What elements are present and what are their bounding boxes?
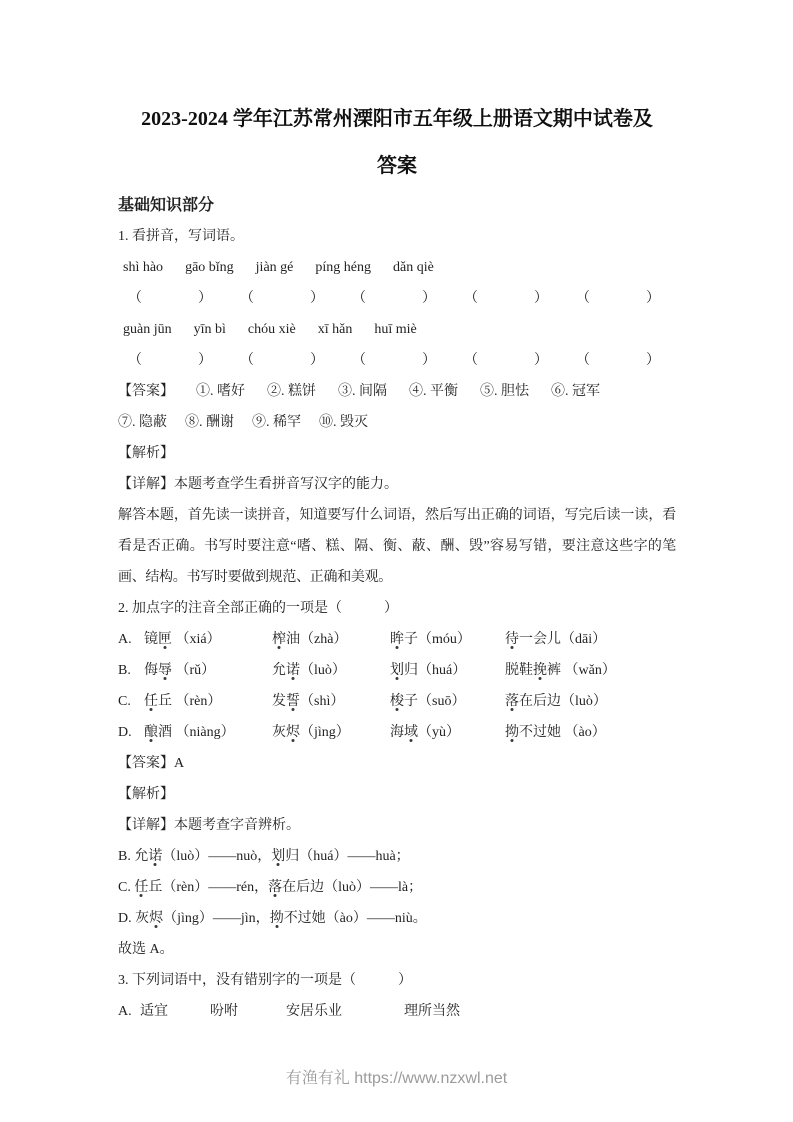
- answer-blank: （）: [576, 283, 660, 314]
- pinyin-word: huī miè: [374, 314, 416, 345]
- q1-stem: 1. 看拼音，写词语。: [118, 221, 676, 252]
- option-label: A.: [118, 624, 144, 655]
- option-word: 梭子（suō）: [390, 686, 505, 717]
- answer-item: ⑨. 稀罕: [252, 407, 301, 438]
- pinyin-word: píng héng: [315, 252, 371, 283]
- document-page: 2023-2024 学年江苏常州溧阳市五年级上册语文期中试卷及 答案 基础知识部…: [0, 0, 793, 1027]
- option-word: 侮辱 （rǔ）: [144, 655, 272, 686]
- option-label: D.: [118, 717, 144, 748]
- q2-option-b: B. 侮辱 （rǔ） 允诺（luò） 划归（huá） 脱鞋挽裤 （wǎn）: [118, 655, 676, 686]
- q2-answer-line: 【答案】A: [118, 748, 676, 779]
- answer-blank: （）: [128, 283, 212, 314]
- page-title-line1: 2023-2024 学年江苏常州溧阳市五年级上册语文期中试卷及: [118, 96, 676, 143]
- q2-option-d: D. 酿酒 （niàng） 灰烬（jìng） 海域（yù） 拗不过她 （ào）: [118, 717, 676, 748]
- q1-answer-line2: ⑦. 隐蔽 ⑧. 酬谢 ⑨. 稀罕 ⑩. 毁灭: [118, 407, 676, 438]
- q2-option-c: C. 任丘 （rèn） 发誓（shì） 梭子（suō） 落在后边（luò）: [118, 686, 676, 717]
- option-word: 任丘 （rèn）: [144, 686, 272, 717]
- pinyin-word: xī hǎn: [318, 314, 353, 345]
- q2-detail-line: 【详解】本题考查字音辨析。: [118, 810, 676, 841]
- answer-item: ③. 间隔: [338, 376, 387, 407]
- answer-blank: （）: [576, 345, 660, 376]
- q2-conclusion: 故选 A。: [118, 934, 676, 965]
- answer-item: ⑧. 酬谢: [185, 407, 234, 438]
- option-label: B.: [118, 655, 144, 686]
- q3-option-a: A. 适宜 吩咐 安居乐业 理所当然: [118, 996, 676, 1027]
- pinyin-word: gāo bǐng: [185, 252, 234, 283]
- option-word: 待一会儿（dāi）: [505, 624, 676, 655]
- pinyin-word: yīn bì: [194, 314, 226, 345]
- q1-pinyin-row1: shì hào gāo bǐng jiàn gé píng héng dǎn q…: [118, 252, 676, 283]
- answer-blank: （）: [128, 345, 212, 376]
- option-word: 发誓（shì）: [272, 686, 390, 717]
- pinyin-word: guàn jūn: [123, 314, 172, 345]
- option-word: 酿酒 （niàng）: [144, 717, 272, 748]
- answer-item: ②. 糕饼: [267, 376, 316, 407]
- option-word: 落在后边（luò）: [505, 686, 676, 717]
- option-word: 眸子（móu）: [390, 624, 505, 655]
- option-word: 拗不过她 （ào）: [505, 717, 676, 748]
- answer-blank: （）: [464, 345, 548, 376]
- answer-blank: （）: [352, 345, 436, 376]
- answer-label: 【答案】: [118, 376, 174, 407]
- pinyin-word: dǎn qiè: [393, 252, 434, 283]
- option-word: 划归（huá）: [390, 655, 505, 686]
- answer-item: ⑤. 胆怯: [480, 376, 529, 407]
- answer-blank: （）: [240, 283, 324, 314]
- q2-stem: 2. 加点字的注音全部正确的一项是（ ）: [118, 593, 676, 624]
- q1-answer-line1: 【答案】 ①. 嗜好 ②. 糕饼 ③. 间隔 ④. 平衡 ⑤. 胆怯 ⑥. 冠军: [118, 376, 676, 407]
- answer-item: ⑦. 隐蔽: [118, 407, 167, 438]
- q1-analysis-label: 【解析】: [118, 438, 676, 469]
- option-word: 镜匣 （xiá）: [144, 624, 272, 655]
- option-word: 理所当然: [404, 996, 676, 1027]
- option-label: A.: [118, 996, 140, 1027]
- q1-explain-paragraph: 解答本题，首先读一读拼音，知道要写什么词语，然后写出正确的词语，写完后读一读，看…: [118, 500, 676, 593]
- q2-analysis-label: 【解析】: [118, 779, 676, 810]
- answer-item: ⑥. 冠军: [551, 376, 600, 407]
- option-word: 脱鞋挽裤 （wǎn）: [505, 655, 676, 686]
- option-word: 适宜: [140, 996, 210, 1027]
- answer-item: ⑩. 毁灭: [319, 407, 368, 438]
- q3-stem: 3. 下列词语中，没有错别字的一项是（ ）: [118, 965, 676, 996]
- answer-item: ①. 嗜好: [196, 376, 245, 407]
- q2-explain-line-d: D. 灰烬（jìng）——jìn，拗不过她（ào）——niù。: [118, 903, 676, 934]
- option-word: 吩咐: [210, 996, 286, 1027]
- pinyin-word: chóu xiè: [248, 314, 296, 345]
- option-word: 安居乐业: [286, 996, 404, 1027]
- pinyin-word: jiàn gé: [256, 252, 294, 283]
- option-word: 海域（yù）: [390, 717, 505, 748]
- option-word: 允诺（luò）: [272, 655, 390, 686]
- answer-blank: （）: [240, 345, 324, 376]
- section-heading: 基础知识部分: [118, 190, 676, 221]
- option-word: 灰烬（jìng）: [272, 717, 390, 748]
- q2-explain-line-b: B. 允诺（luò）——nuò，划归（huá）——huà；: [118, 841, 676, 872]
- answer-blank: （）: [464, 283, 548, 314]
- q2-explain-line-c: C. 任丘（rèn）——rén，落在后边（luò）——là；: [118, 872, 676, 903]
- q1-pinyin-row2: guàn jūn yīn bì chóu xiè xī hǎn huī miè: [118, 314, 676, 345]
- q1-answer-blanks-row2: （） （） （） （） （）: [118, 345, 676, 376]
- option-word: 榨油（zhà）: [272, 624, 390, 655]
- answer-blank: （）: [352, 283, 436, 314]
- q1-answer-blanks-row1: （） （） （） （） （）: [118, 283, 676, 314]
- q1-detail-line: 【详解】本题考查学生看拼音写汉字的能力。: [118, 469, 676, 500]
- q2-option-a: A. 镜匣 （xiá） 榨油（zhà） 眸子（móu） 待一会儿（dāi）: [118, 624, 676, 655]
- option-label: C.: [118, 686, 144, 717]
- watermark-footer: 有渔有礼 https://www.nzxwl.net: [0, 1065, 793, 1088]
- page-title-line2: 答案: [118, 143, 676, 190]
- pinyin-word: shì hào: [123, 252, 163, 283]
- answer-item: ④. 平衡: [409, 376, 458, 407]
